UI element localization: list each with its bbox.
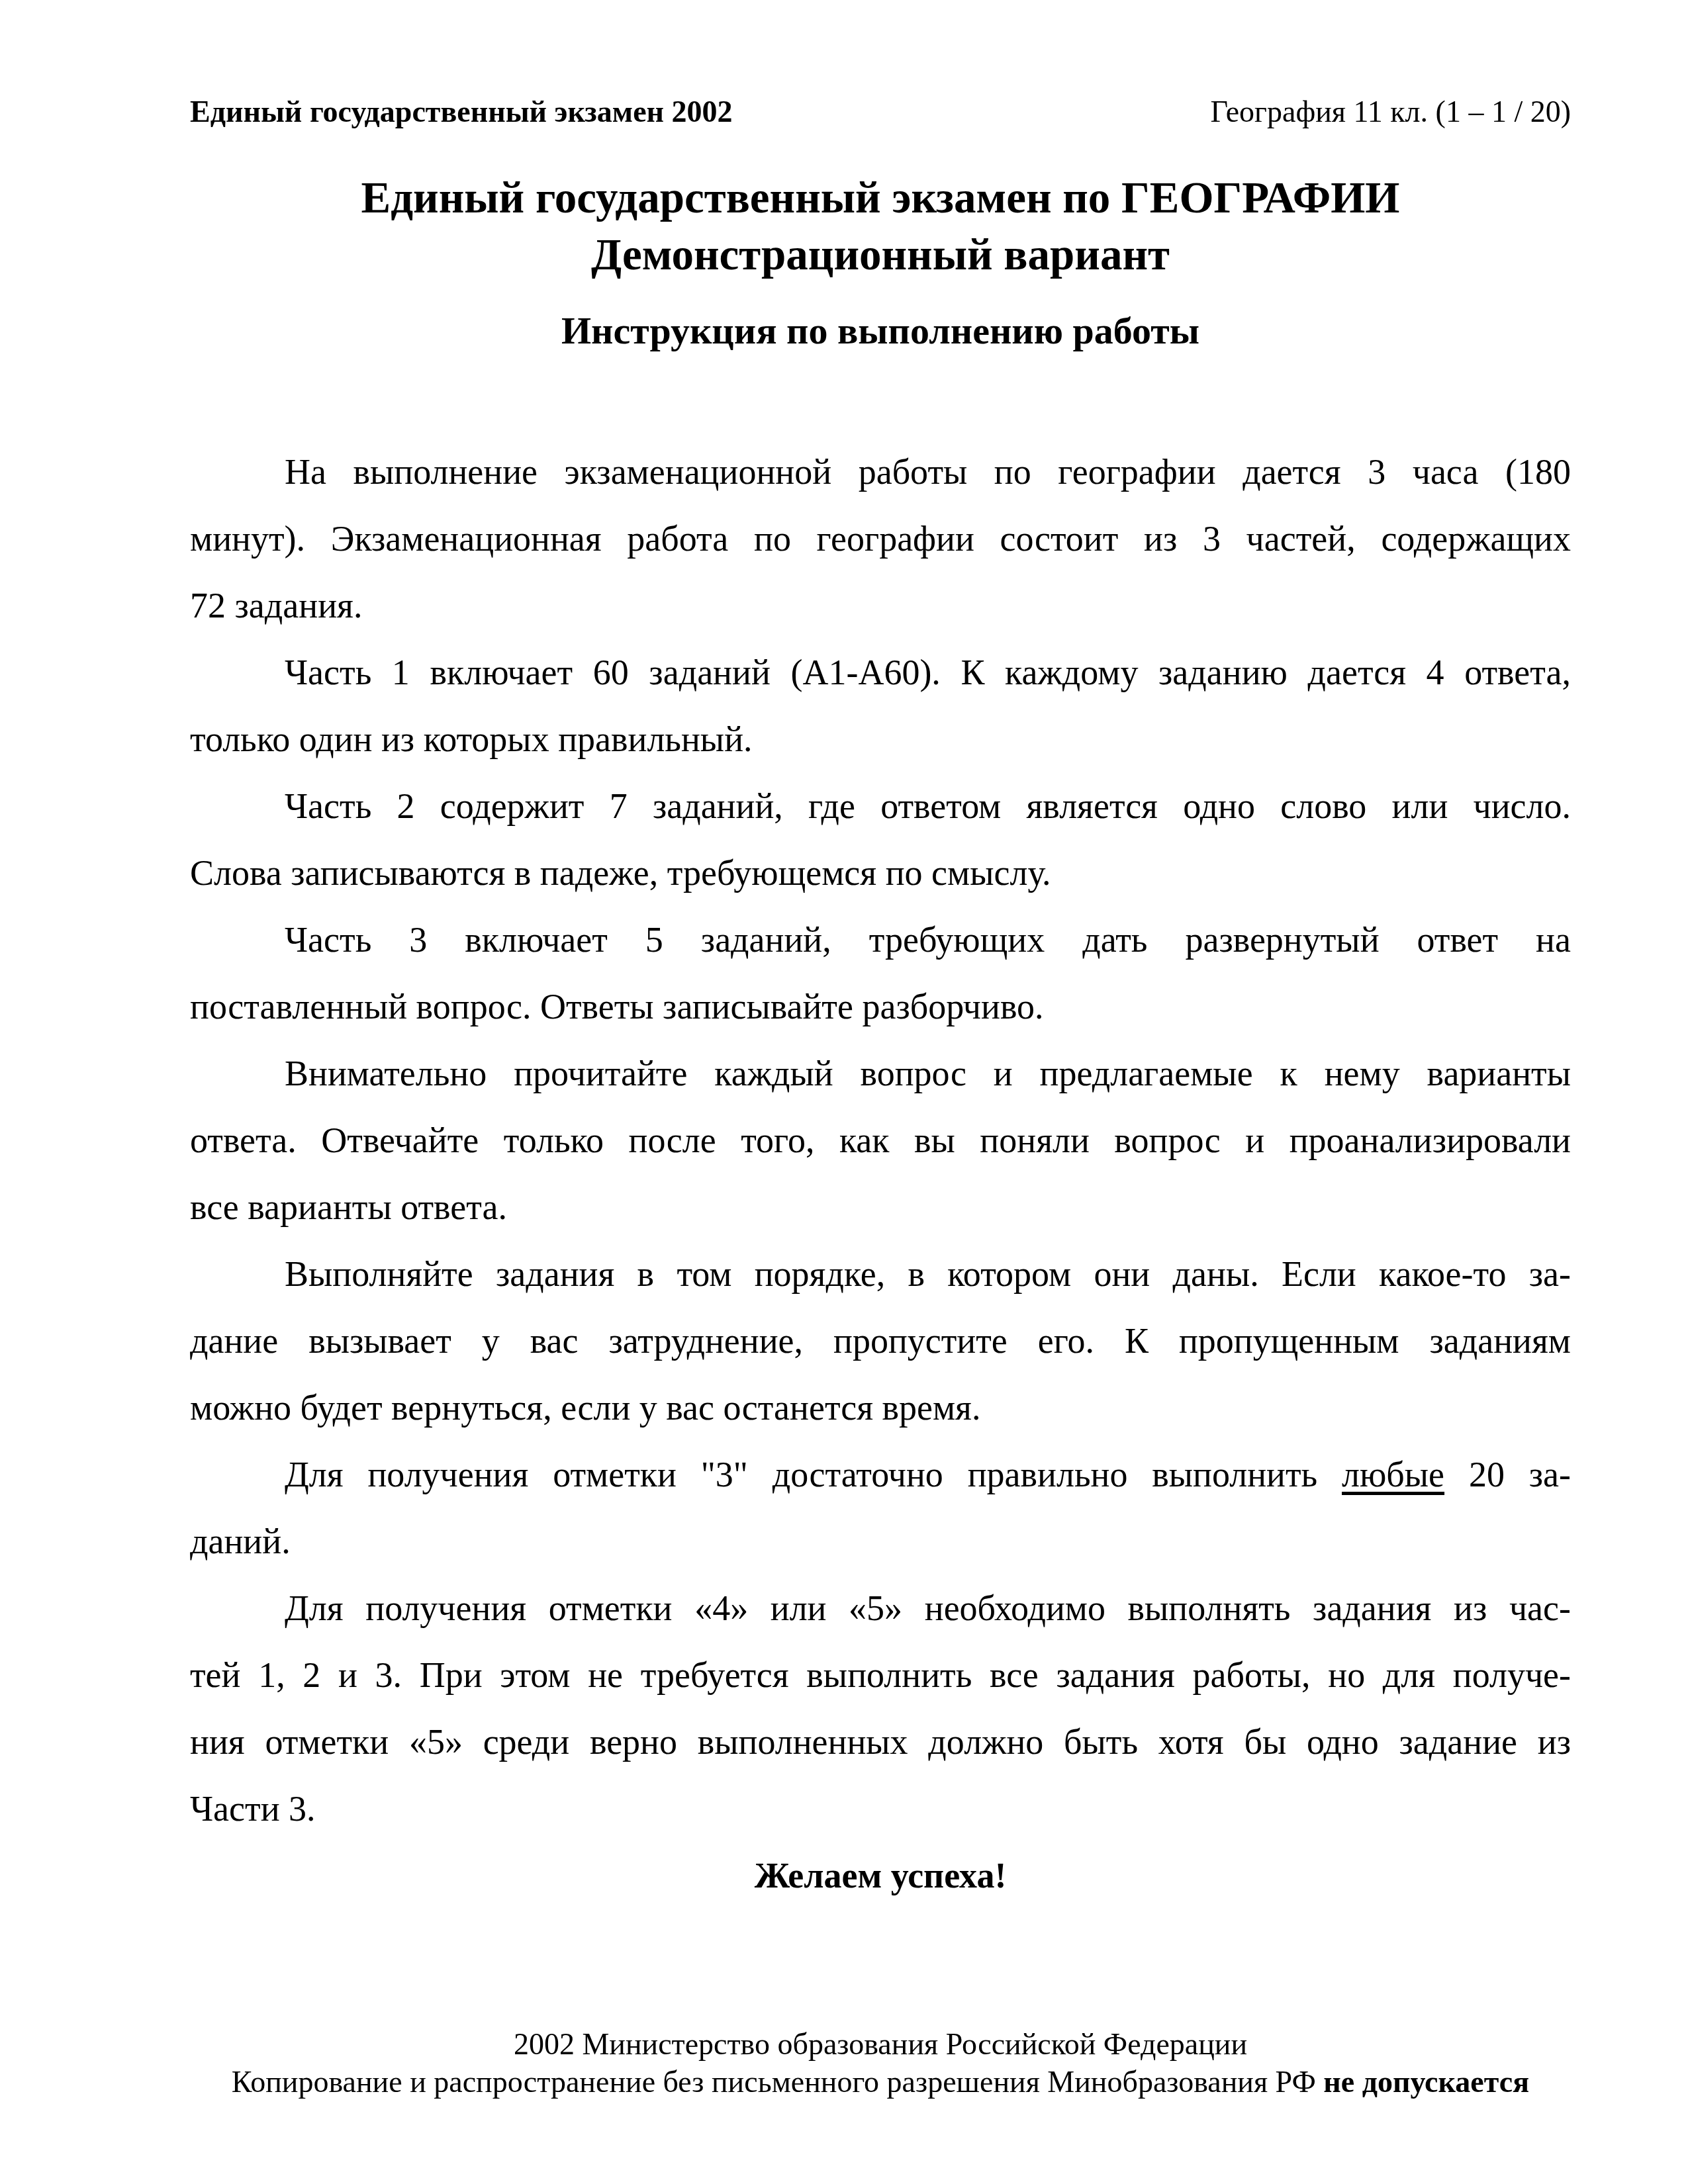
body-line: можно будет вернуться, если у вас остане…: [190, 1375, 1571, 1441]
body-line: ния отметки «5» среди верно выполненных …: [190, 1709, 1571, 1776]
body-line: все варианты ответа.: [190, 1174, 1571, 1241]
footer-not-allowed-text: не допускается: [1323, 2065, 1529, 2099]
document-title: Единый государственный экзамен по ГЕОГРА…: [190, 169, 1571, 283]
header-subject-pagination: География 11 кл. (1 – 1 / 20): [1211, 93, 1571, 131]
footer-copyright-line: Копирование и распространение без письме…: [190, 2063, 1571, 2101]
body-line: дание вызывает у вас затруднение, пропус…: [190, 1308, 1571, 1375]
footer-ministry-line: 2002 Министерство образования Российской…: [190, 2025, 1571, 2063]
body-line: Для получения отметки «4» или «5» необхо…: [190, 1575, 1571, 1642]
body-line: Части 3.: [190, 1776, 1571, 1843]
body-line: ответа. Отвечайте только после того, как…: [190, 1107, 1571, 1174]
body-paragraphs: На выполнение экзаменационной работы по …: [190, 439, 1571, 1843]
document-page: Единый государственный экзамен 2002 Геог…: [0, 0, 1688, 2184]
document-title-line-1: Единый государственный экзамен по ГЕОГРА…: [190, 169, 1571, 226]
body-line: Для получения отметки "3" достаточно пра…: [190, 1441, 1571, 1508]
body-line: даний.: [190, 1508, 1571, 1575]
closing-wish: Желаем успеха!: [190, 1843, 1571, 1909]
instructions-heading: Инструкция по выполнению работы: [190, 306, 1571, 355]
body-line: 72 задания.: [190, 572, 1571, 639]
body-line: Часть 2 содержит 7 заданий, где ответом …: [190, 773, 1571, 840]
body-line: Выполняйте задания в том порядке, в кото…: [190, 1241, 1571, 1308]
body-line: На выполнение экзаменационной работы по …: [190, 439, 1571, 506]
document-title-line-2: Демонстрационный вариант: [190, 226, 1571, 283]
body-line: Слова записываются в падеже, требующемся…: [190, 840, 1571, 907]
body-line: Часть 1 включает 60 заданий (А1-А60). К …: [190, 639, 1571, 706]
body-line: Часть 3 включает 5 заданий, требующих да…: [190, 907, 1571, 974]
underlined-word: любые: [1342, 1455, 1444, 1494]
header-exam-name: Единый государственный экзамен 2002: [190, 93, 733, 131]
body-line: тей 1, 2 и 3. При этом не требуется выпо…: [190, 1642, 1571, 1709]
footer-copyright-text: Копирование и распространение без письме…: [232, 2065, 1323, 2099]
body-line: минут). Экзаменационная работа по геогра…: [190, 506, 1571, 572]
page-header: Единый государственный экзамен 2002 Геог…: [190, 93, 1571, 131]
body-line: только один из которых правильный.: [190, 706, 1571, 773]
body-line: Внимательно прочитайте каждый вопрос и п…: [190, 1040, 1571, 1107]
page-footer: 2002 Министерство образования Российской…: [190, 2025, 1571, 2101]
body-line: поставленный вопрос. Ответы записывайте …: [190, 974, 1571, 1040]
